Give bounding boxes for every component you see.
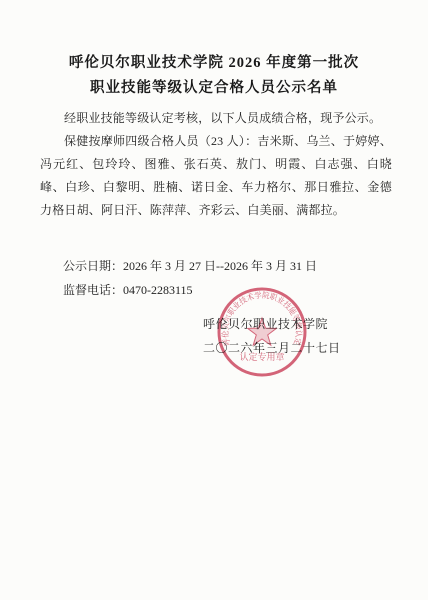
document-title: 呼伦贝尔职业技术学院 2026 年度第一批次 职业技能等级认定合格人员公示名单 bbox=[0, 51, 428, 101]
intro-paragraph: 经职业技能等级认定考核，以下人员成绩合格，现予公示。 bbox=[40, 107, 392, 130]
document-page: 呼伦贝尔职业技术学院 2026 年度第一批次 职业技能等级认定合格人员公示名单 … bbox=[0, 0, 428, 600]
seal-star-icon bbox=[248, 318, 277, 345]
document-body: 经职业技能等级认定考核，以下人员成绩合格，现予公示。 保健按摩师四级合格人员（2… bbox=[40, 107, 392, 222]
seal-bottom-text: 认定专用章 bbox=[239, 351, 284, 362]
qualified-names-paragraph: 保健按摩师四级合格人员（23 人）：吉米斯、乌兰、于婷婷、冯元红、包玲玲、图雅、… bbox=[40, 130, 392, 222]
document-title-line1: 呼伦贝尔职业技术学院 2026 年度第一批次 bbox=[0, 51, 428, 76]
official-seal-stamp: 呼伦贝尔职业技术学院职业技能等级认定 认定专用章 bbox=[202, 272, 322, 392]
document-title-line2: 职业技能等级认定合格人员公示名单 bbox=[0, 76, 428, 101]
